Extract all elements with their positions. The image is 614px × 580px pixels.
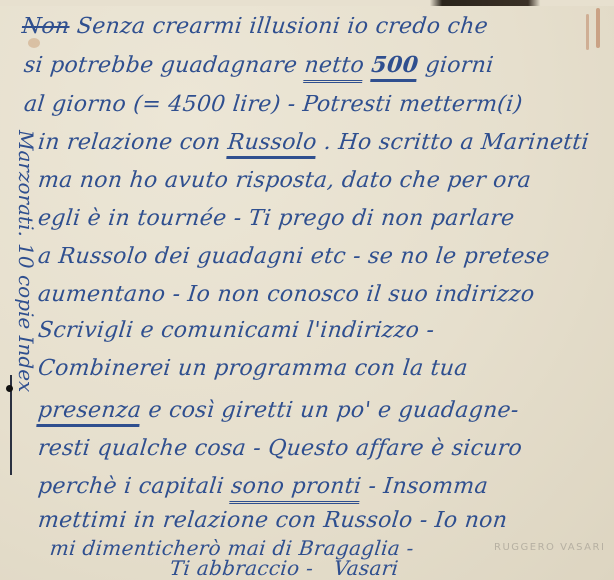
letter-line-7: a Russolo dei guadagni etc - se no le pr… xyxy=(37,244,551,269)
line-text: - Insomma xyxy=(367,474,489,499)
line-text: e così giretti un po' e guadagne- xyxy=(147,398,520,423)
line-text: giorni xyxy=(424,53,495,78)
signature: Vasari xyxy=(332,556,399,580)
archive-stamp: RUGGERO VASARI xyxy=(494,542,605,553)
closing-text: Ti abbraccio - xyxy=(169,556,315,580)
letter-line-12: resti qualche cosa - Questo affare è sic… xyxy=(37,436,524,461)
struck-word: Non xyxy=(21,14,71,39)
underlined-word: presenza xyxy=(36,398,142,427)
line-text: mettimi in relazione con Russolo - Io no… xyxy=(37,508,509,533)
stain xyxy=(596,8,600,48)
letter-line-14: mettimi in relazione con Russolo - Io no… xyxy=(37,508,509,533)
line-text: in relazione con xyxy=(37,130,222,155)
letter-line-8: aumentano - Io non conosco il suo indiri… xyxy=(37,282,536,307)
letter-line-11: presenza e così giretti un po' e guadagn… xyxy=(37,398,520,423)
stain xyxy=(28,38,40,48)
line-text: resti qualche cosa - Questo affare è sic… xyxy=(37,436,524,461)
letter-page: Non Senza crearmi illusioni io credo che… xyxy=(0,0,614,580)
line-text: . Ho scritto a Marinetti xyxy=(323,130,591,155)
line-text: si potrebbe guadagnare xyxy=(23,53,299,78)
letter-line-6: egli è in tournée - Ti prego di non parl… xyxy=(37,206,516,231)
ink-dot xyxy=(6,385,13,392)
underlined-name: Russolo xyxy=(226,130,318,159)
line-text: aumentano - Io non conosco il suo indiri… xyxy=(37,282,536,307)
underlined-number: 500 xyxy=(370,52,420,82)
line-text: ma non ho avuto risposta, dato che per o… xyxy=(37,168,533,193)
letter-closing: Ti abbraccio - Vasari xyxy=(169,556,400,580)
torn-edge xyxy=(0,0,614,6)
line-text: perchè i capitali xyxy=(37,474,225,499)
underlined-phrase: sono pronti xyxy=(229,474,362,504)
line-text: egli è in tournée - Ti prego di non parl… xyxy=(37,206,516,231)
line-text: al giorno (= 4500 lire) - Potresti mette… xyxy=(23,92,524,117)
line-text: Senza crearmi illusioni io credo che xyxy=(76,14,490,39)
letter-line-1: Non Senza crearmi illusioni io credo che xyxy=(21,14,490,39)
letter-line-9: Scrivigli e comunicami l'indirizzo - xyxy=(37,318,436,343)
letter-line-13: perchè i capitali sono pronti - Insomma xyxy=(37,474,490,499)
letter-line-3: al giorno (= 4500 lire) - Potresti mette… xyxy=(23,92,524,117)
stain xyxy=(586,14,589,50)
letter-line-4: in relazione con Russolo . Ho scritto a … xyxy=(37,130,591,155)
line-text: Scrivigli e comunicami l'indirizzo - xyxy=(37,318,436,343)
letter-line-2: si potrebbe guadagnare netto 500 giorni xyxy=(23,52,495,78)
letter-line-10: Combinerei un programma con la tua xyxy=(37,356,469,381)
line-text: a Russolo dei guadagni etc - se no le pr… xyxy=(37,244,551,269)
letter-line-5: ma non ho avuto risposta, dato che per o… xyxy=(37,168,533,193)
margin-note: Marzorati. 10 copie Index xyxy=(14,130,38,392)
underlined-word: netto xyxy=(303,53,366,83)
line-text: Combinerei un programma con la tua xyxy=(37,356,469,381)
